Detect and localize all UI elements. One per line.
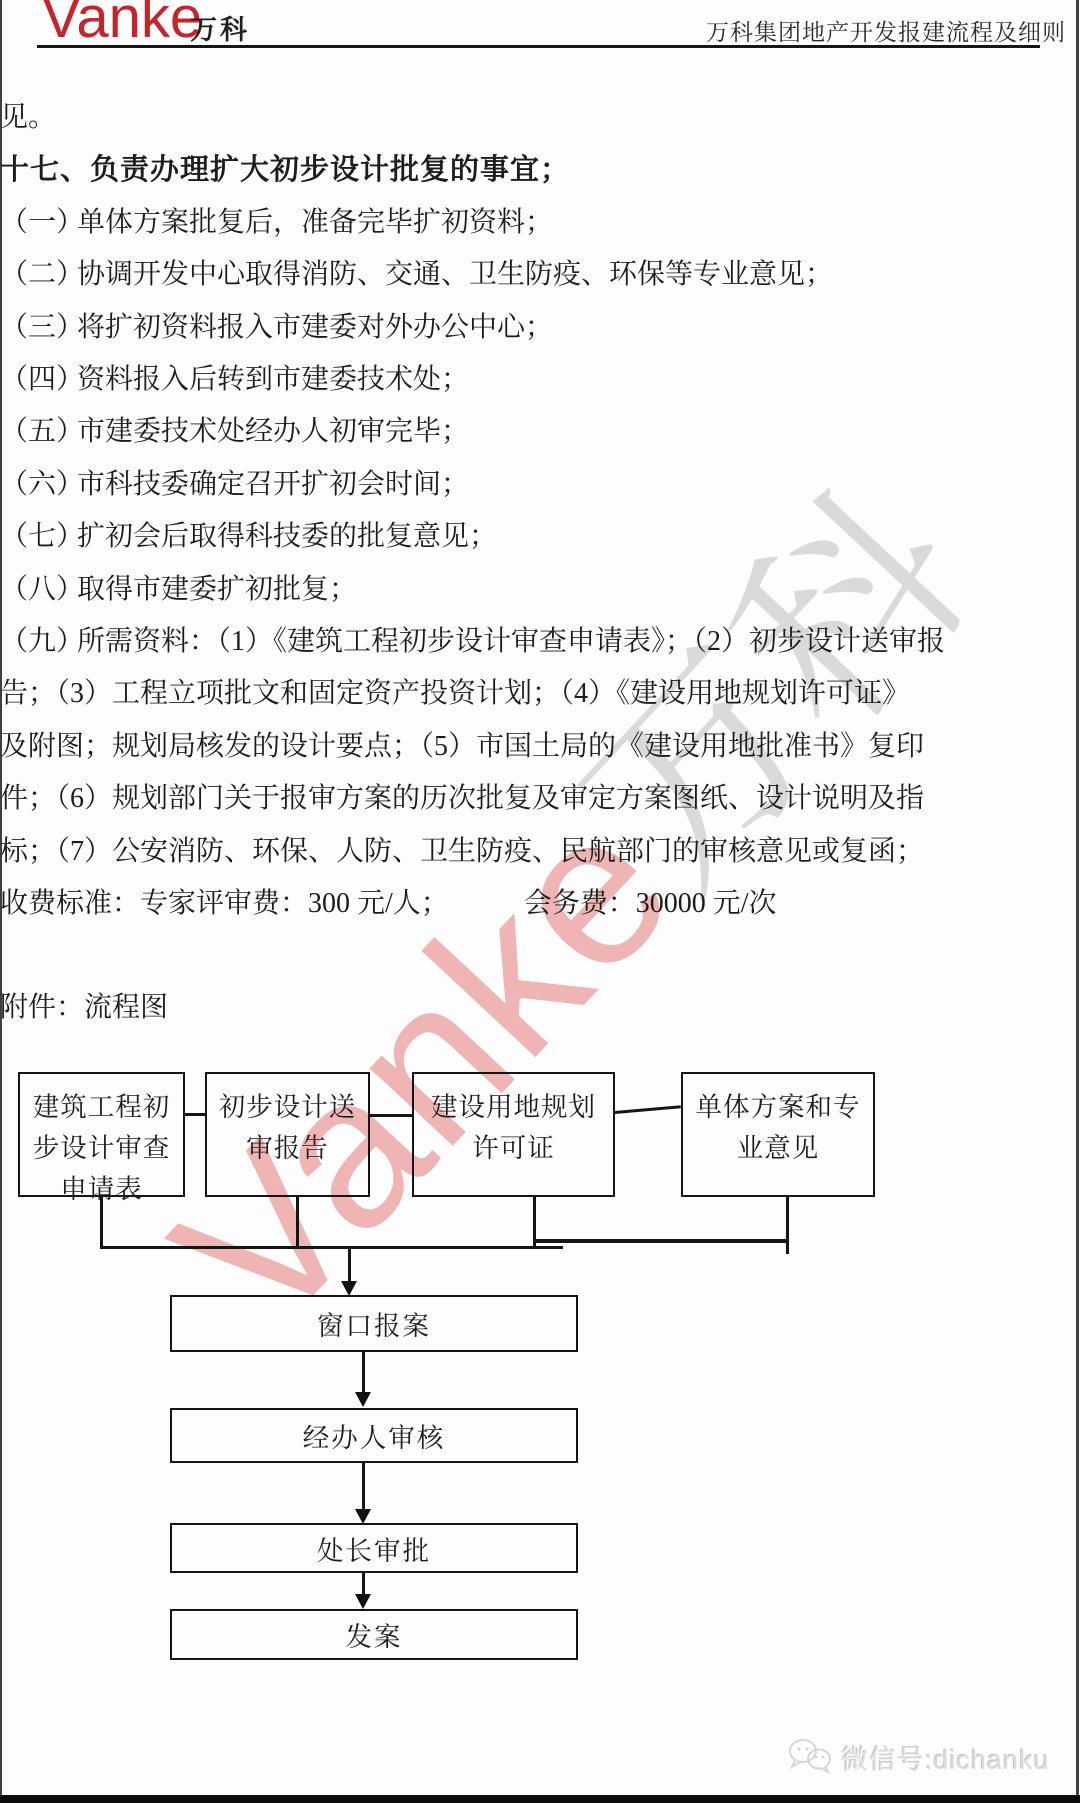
box-line: 步设计审查 [20, 1128, 183, 1169]
box-line: 建筑工程初 [20, 1087, 183, 1128]
vanke-logo-cjk: 万科 [190, 8, 250, 47]
item-marker: （七） [0, 511, 77, 563]
collector-line-tick [786, 1239, 789, 1254]
connector-line [100, 1197, 103, 1249]
arrow-shaft [362, 1573, 365, 1595]
connector-line [370, 1114, 412, 1117]
box-label: 发案 [346, 1615, 403, 1654]
item-marker: （八） [0, 564, 77, 616]
vanke-logo: Vanke [42, 0, 202, 51]
box-line: 业意见 [683, 1128, 873, 1169]
continuation-line: 及附图；规划局核发的设计要点；（5）市国土局的《建设用地批准书》复印 [0, 721, 1080, 773]
connector-line [786, 1197, 789, 1242]
item-text: 所需资料：（1）《建筑工程初步设计审查申请表》；（2）初步设计送审报 [77, 626, 945, 657]
continuation-line: 标；（7）公安消防、环保、人防、卫生防疫、民航部门的审核意见或复函； [0, 826, 1080, 878]
attachment-line: 附件：流程图 [0, 982, 1080, 1034]
arrow-shaft [362, 1352, 365, 1393]
flow-box-handler-review: 经办人审核 [170, 1408, 578, 1463]
footer-wechat: 微信号:dichanku [787, 1736, 1050, 1779]
page-bottom-bar [0, 1795, 1080, 1803]
collector-line [100, 1246, 563, 1249]
header-rule [37, 45, 1040, 48]
collector-line [533, 1239, 789, 1243]
flow-box-director-approval: 处长审批 [170, 1523, 578, 1573]
fee-part1: 收费标准：专家评审费：300 元/人； [0, 888, 449, 919]
list-item: （八）取得市建委扩初批复； [0, 564, 1080, 616]
item-text: 市建委技术处经办人初审完毕； [77, 416, 469, 447]
item-text: 扩初会后取得科技委的批复意见； [77, 521, 497, 552]
list-item: （二）协调开发中心取得消防、交通、卫生防疫、环保等专业意见； [0, 249, 1080, 301]
connector-line [296, 1197, 299, 1249]
item-text: 协调开发中心取得消防、交通、卫生防疫、环保等专业意见； [77, 259, 833, 290]
box-label: 处长审批 [317, 1529, 431, 1568]
box-label: 经办人审核 [303, 1416, 446, 1455]
item-marker: （四） [0, 354, 77, 406]
fee-line: 收费标准：专家评审费：300 元/人；会务费：30000 元/次 [0, 878, 1080, 930]
item-text: 取得市建委扩初批复； [77, 574, 357, 605]
arrow-down-icon [355, 1594, 371, 1609]
list-item: （三）将扩初资料报入市建委对外办公中心； [0, 302, 1080, 354]
arrow-down-icon [355, 1509, 371, 1524]
flow-top-box-application-form: 建筑工程初 步设计审查 申请表 [18, 1072, 185, 1197]
flow-box-window-filing: 窗口报案 [170, 1295, 578, 1352]
list-item: （五）市建委技术处经办人初审完毕； [0, 406, 1080, 458]
connector-line [185, 1113, 205, 1116]
continuation-line: 告；（3）工程立项批文和固定资产投资计划；（4）《建设用地规划许可证》 [0, 668, 1080, 720]
item-text: 市科技委确定召开扩初会时间； [77, 469, 469, 500]
item-marker: （三） [0, 302, 77, 354]
item-marker: （六） [0, 459, 77, 511]
box-line: 审报告 [207, 1128, 368, 1169]
list-item: （六）市科技委确定召开扩初会时间； [0, 459, 1080, 511]
body-text: 见。 十七、负责办理扩大初步设计批复的事宜； （一）单体方案批复后，准备完毕扩初… [0, 92, 1080, 1034]
continuation-line: 件；（6）规划部门关于报审方案的历次批复及审定方案图纸、设计说明及指 [0, 773, 1080, 825]
list-item: （九）所需资料：（1）《建筑工程初步设计审查申请表》；（2）初步设计送审报 [0, 616, 1080, 668]
item-marker: （二） [0, 249, 77, 301]
arrow-shaft [348, 1246, 351, 1282]
flow-top-box-design-report: 初步设计送 审报告 [205, 1072, 370, 1197]
item-marker: （九） [0, 616, 77, 668]
item-marker: （一） [0, 197, 77, 249]
flow-box-case-issue: 发案 [170, 1609, 578, 1660]
list-item: （一）单体方案批复后，准备完毕扩初资料； [0, 197, 1080, 249]
flow-top-box-land-permit: 建设用地规划 许可证 [412, 1072, 615, 1197]
box-line: 建设用地规划 [414, 1087, 613, 1128]
box-label: 窗口报案 [317, 1304, 431, 1343]
list-item: （四）资料报入后转到市建委技术处； [0, 354, 1080, 406]
fee-part2: 会务费：30000 元/次 [524, 888, 777, 919]
wechat-icon [787, 1736, 833, 1779]
arrow-down-icon [355, 1392, 371, 1407]
arrow-down-icon [341, 1281, 357, 1296]
arrow-shaft [362, 1463, 365, 1510]
item-marker: （五） [0, 406, 77, 458]
item-text: 单体方案批复后，准备完毕扩初资料； [77, 207, 553, 238]
wechat-id-label: 微信号:dichanku [841, 1738, 1050, 1777]
item-text: 资料报入后转到市建委技术处； [77, 364, 469, 395]
section-heading: 十七、负责办理扩大初步设计批复的事宜； [0, 144, 1080, 196]
box-line: 初步设计送 [207, 1087, 368, 1128]
list-item: （七）扩初会后取得科技委的批复意见； [0, 511, 1080, 563]
flow-top-box-scheme-opinions: 单体方案和专 业意见 [681, 1072, 875, 1197]
connector-line [615, 1105, 681, 1114]
intro-line: 见。 [0, 92, 1080, 144]
document-page: Vanke万科 Vanke 万科 万科集团地产开发报建流程及细则 见。 十七、负… [0, 0, 1080, 1803]
box-line: 单体方案和专 [683, 1087, 873, 1128]
item-text: 将扩初资料报入市建委对外办公中心； [77, 312, 553, 343]
box-line: 许可证 [414, 1128, 613, 1169]
document-title: 万科集团地产开发报建流程及细则 [706, 14, 1066, 47]
